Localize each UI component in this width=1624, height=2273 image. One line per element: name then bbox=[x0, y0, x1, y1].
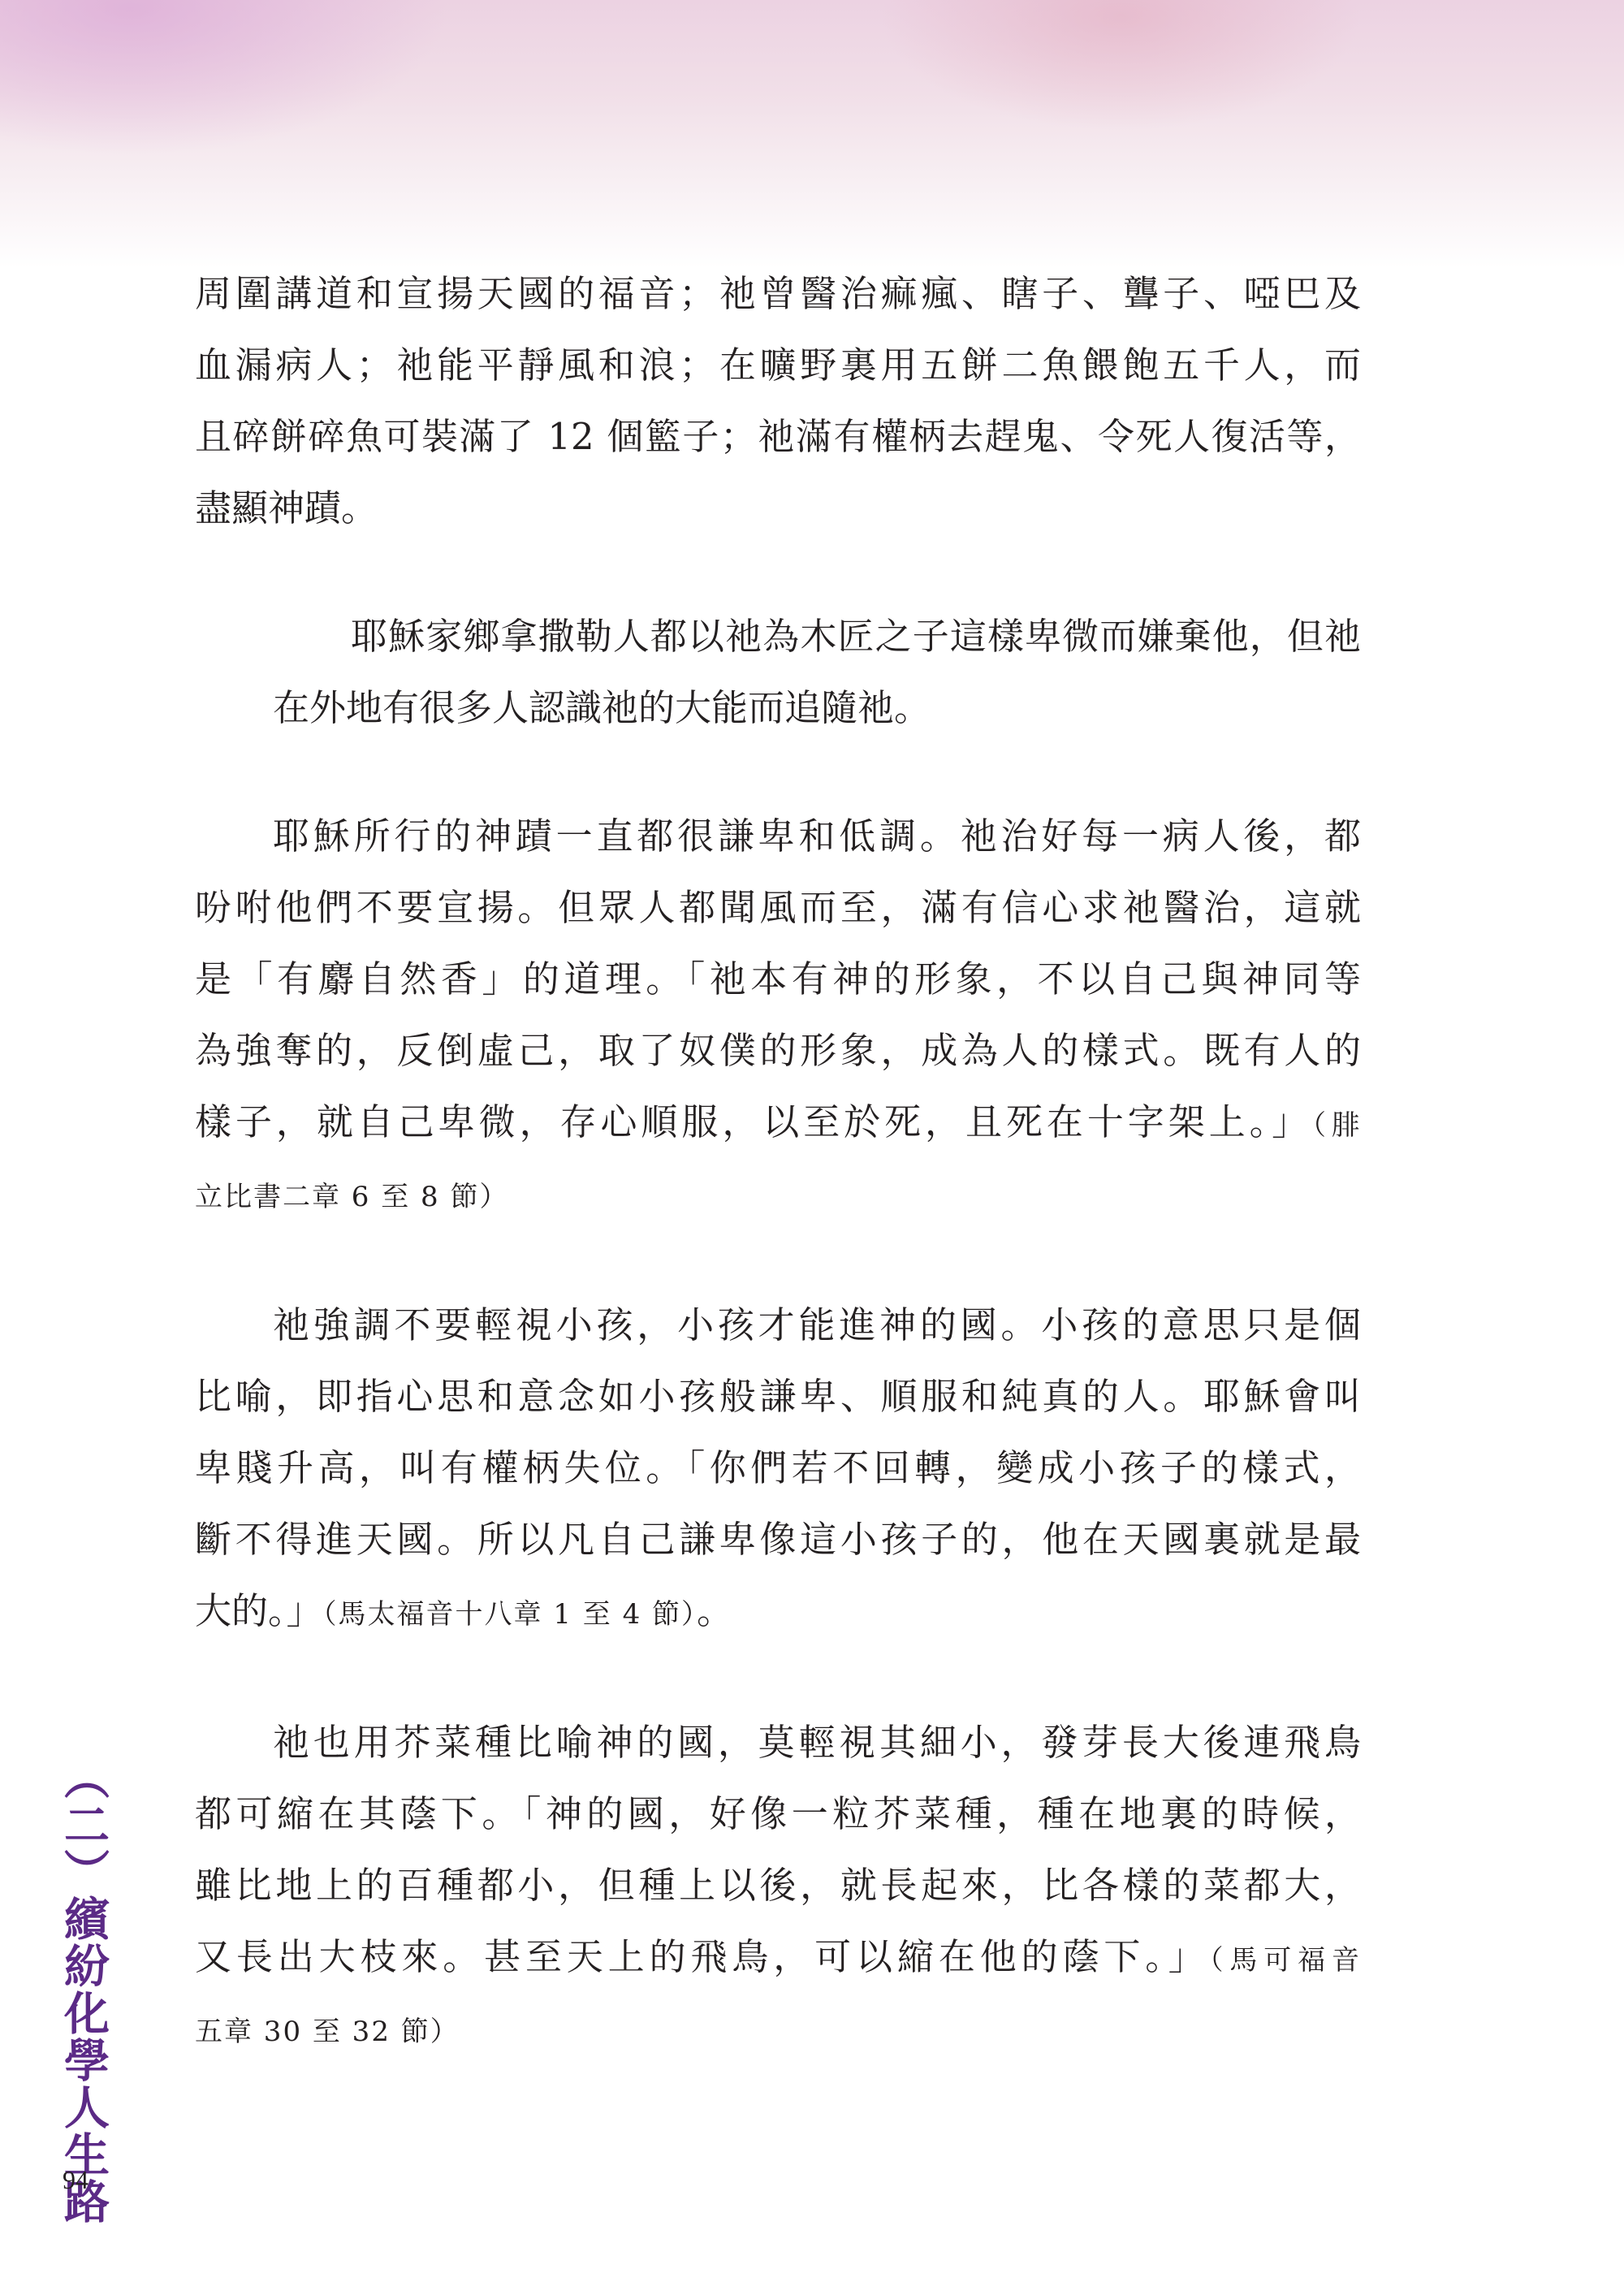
text-line: 盡顯神蹟。 bbox=[195, 473, 1361, 544]
citation: （馬可福音 bbox=[1209, 1944, 1361, 1977]
text-line: 為強奪的，反倒虛己，取了奴僕的形象，成為人的樣式。既有人的 bbox=[195, 1015, 1361, 1087]
citation: 立比書二章 6 至 8 節） bbox=[195, 1161, 1361, 1233]
text-line: 耶穌家鄉拿撒勒人都以祂為木匠之子這樣卑微而嫌棄他，但祂 bbox=[195, 601, 1361, 672]
text-line: 雖比地上的百種都小，但種上以後，就長起來，比各樣的菜都大， bbox=[195, 1850, 1361, 1921]
text-line: 樣子，就自己卑微，存心順服，以至於死，且死在十字架上。」（腓 bbox=[195, 1087, 1361, 1161]
citation: （腓 bbox=[1312, 1109, 1361, 1142]
text-line: 比喻，即指心思和意念如小孩般謙卑、順服和純真的人。耶穌會叫 bbox=[195, 1361, 1361, 1433]
quote-text: 樣子，就自己卑微，存心順服，以至於死，且死在十字架上。」 bbox=[195, 1100, 1312, 1143]
text-line: 祂強調不要輕視小孩，小孩才能進神的國。小孩的意思只是個 bbox=[195, 1290, 1361, 1361]
citation: （馬太福音十八章 1 至 4 節） bbox=[323, 1598, 698, 1631]
page-number: 94 bbox=[63, 2165, 89, 2195]
text-line: 都可縮在其蔭下。「神的國，好像一粒芥菜種，種在地裏的時候， bbox=[195, 1778, 1361, 1850]
header-decoration bbox=[0, 0, 1624, 268]
text-line: 且碎餅碎魚可裝滿了 12 個籃子；祂滿有權柄去趕鬼、令死人復活等， bbox=[195, 401, 1361, 473]
text-line: 血漏病人；祂能平靜風和浪；在曠野裏用五餅二魚餵飽五千人，而 bbox=[195, 330, 1361, 401]
paragraph-humility: 耶穌所行的神蹟一直都很謙卑和低調。祂治好每一病人後，都 吩咐他們不要宣揚。但眾人… bbox=[195, 801, 1361, 1233]
text-line: 祂也用芥菜種比喻神的國，莫輕視其細小，發芽長大後連飛鳥 bbox=[195, 1707, 1361, 1778]
paragraph-miracles: 周圍講道和宣揚天國的福音；祂曾醫治痲瘋、瞎子、聾子、啞巴及 血漏病人；祂能平靜風… bbox=[195, 258, 1361, 544]
body-text: 周圍講道和宣揚天國的福音；祂曾醫治痲瘋、瞎子、聾子、啞巴及 血漏病人；祂能平靜風… bbox=[195, 258, 1361, 2124]
paragraph-mustard-seed: 祂也用芥菜種比喻神的國，莫輕視其細小，發芽長大後連飛鳥 都可縮在其蔭下。「神的國… bbox=[195, 1707, 1361, 2068]
quote-text: 大的。」 bbox=[195, 1589, 323, 1632]
text-line: 大的。」（馬太福音十八章 1 至 4 節）。 bbox=[195, 1575, 1361, 1650]
quote-text: 又長出大枝來。甚至天上的飛鳥，可以縮在他的蔭下。」 bbox=[195, 1935, 1209, 1978]
chapter-side-title: （二）繽紛化學人生路 bbox=[50, 1754, 115, 2225]
text-line: 吩咐他們不要宣揚。但眾人都聞風而至，滿有信心求祂醫治，這就 bbox=[195, 872, 1361, 944]
citation: 五章 30 至 32 節） bbox=[195, 1996, 1361, 2068]
text-line: 耶穌所行的神蹟一直都很謙卑和低調。祂治好每一病人後，都 bbox=[195, 801, 1361, 872]
text-line: 周圍講道和宣揚天國的福音；祂曾醫治痲瘋、瞎子、聾子、啞巴及 bbox=[195, 258, 1361, 330]
text-line: 在外地有很多人認識祂的大能而追隨祂。 bbox=[195, 672, 1361, 744]
text-line: 斷不得進天國。所以凡自己謙卑像這小孩子的，他在天國裏就是最 bbox=[195, 1504, 1361, 1575]
paragraph-children: 祂強調不要輕視小孩，小孩才能進神的國。小孩的意思只是個 比喻，即指心思和意念如小… bbox=[195, 1290, 1361, 1650]
paragraph-nazareth: 耶穌家鄉拿撒勒人都以祂為木匠之子這樣卑微而嫌棄他，但祂 在外地有很多人認識祂的大… bbox=[195, 601, 1361, 744]
text-line: 卑賤升高，叫有權柄失位。「你們若不回轉，變成小孩子的樣式， bbox=[195, 1433, 1361, 1504]
period: 。 bbox=[697, 1589, 733, 1632]
text-line: 又長出大枝來。甚至天上的飛鳥，可以縮在他的蔭下。」（馬可福音 bbox=[195, 1921, 1361, 1996]
text-line: 是「有麝自然香」的道理。「祂本有神的形象，不以自己與神同等 bbox=[195, 944, 1361, 1015]
